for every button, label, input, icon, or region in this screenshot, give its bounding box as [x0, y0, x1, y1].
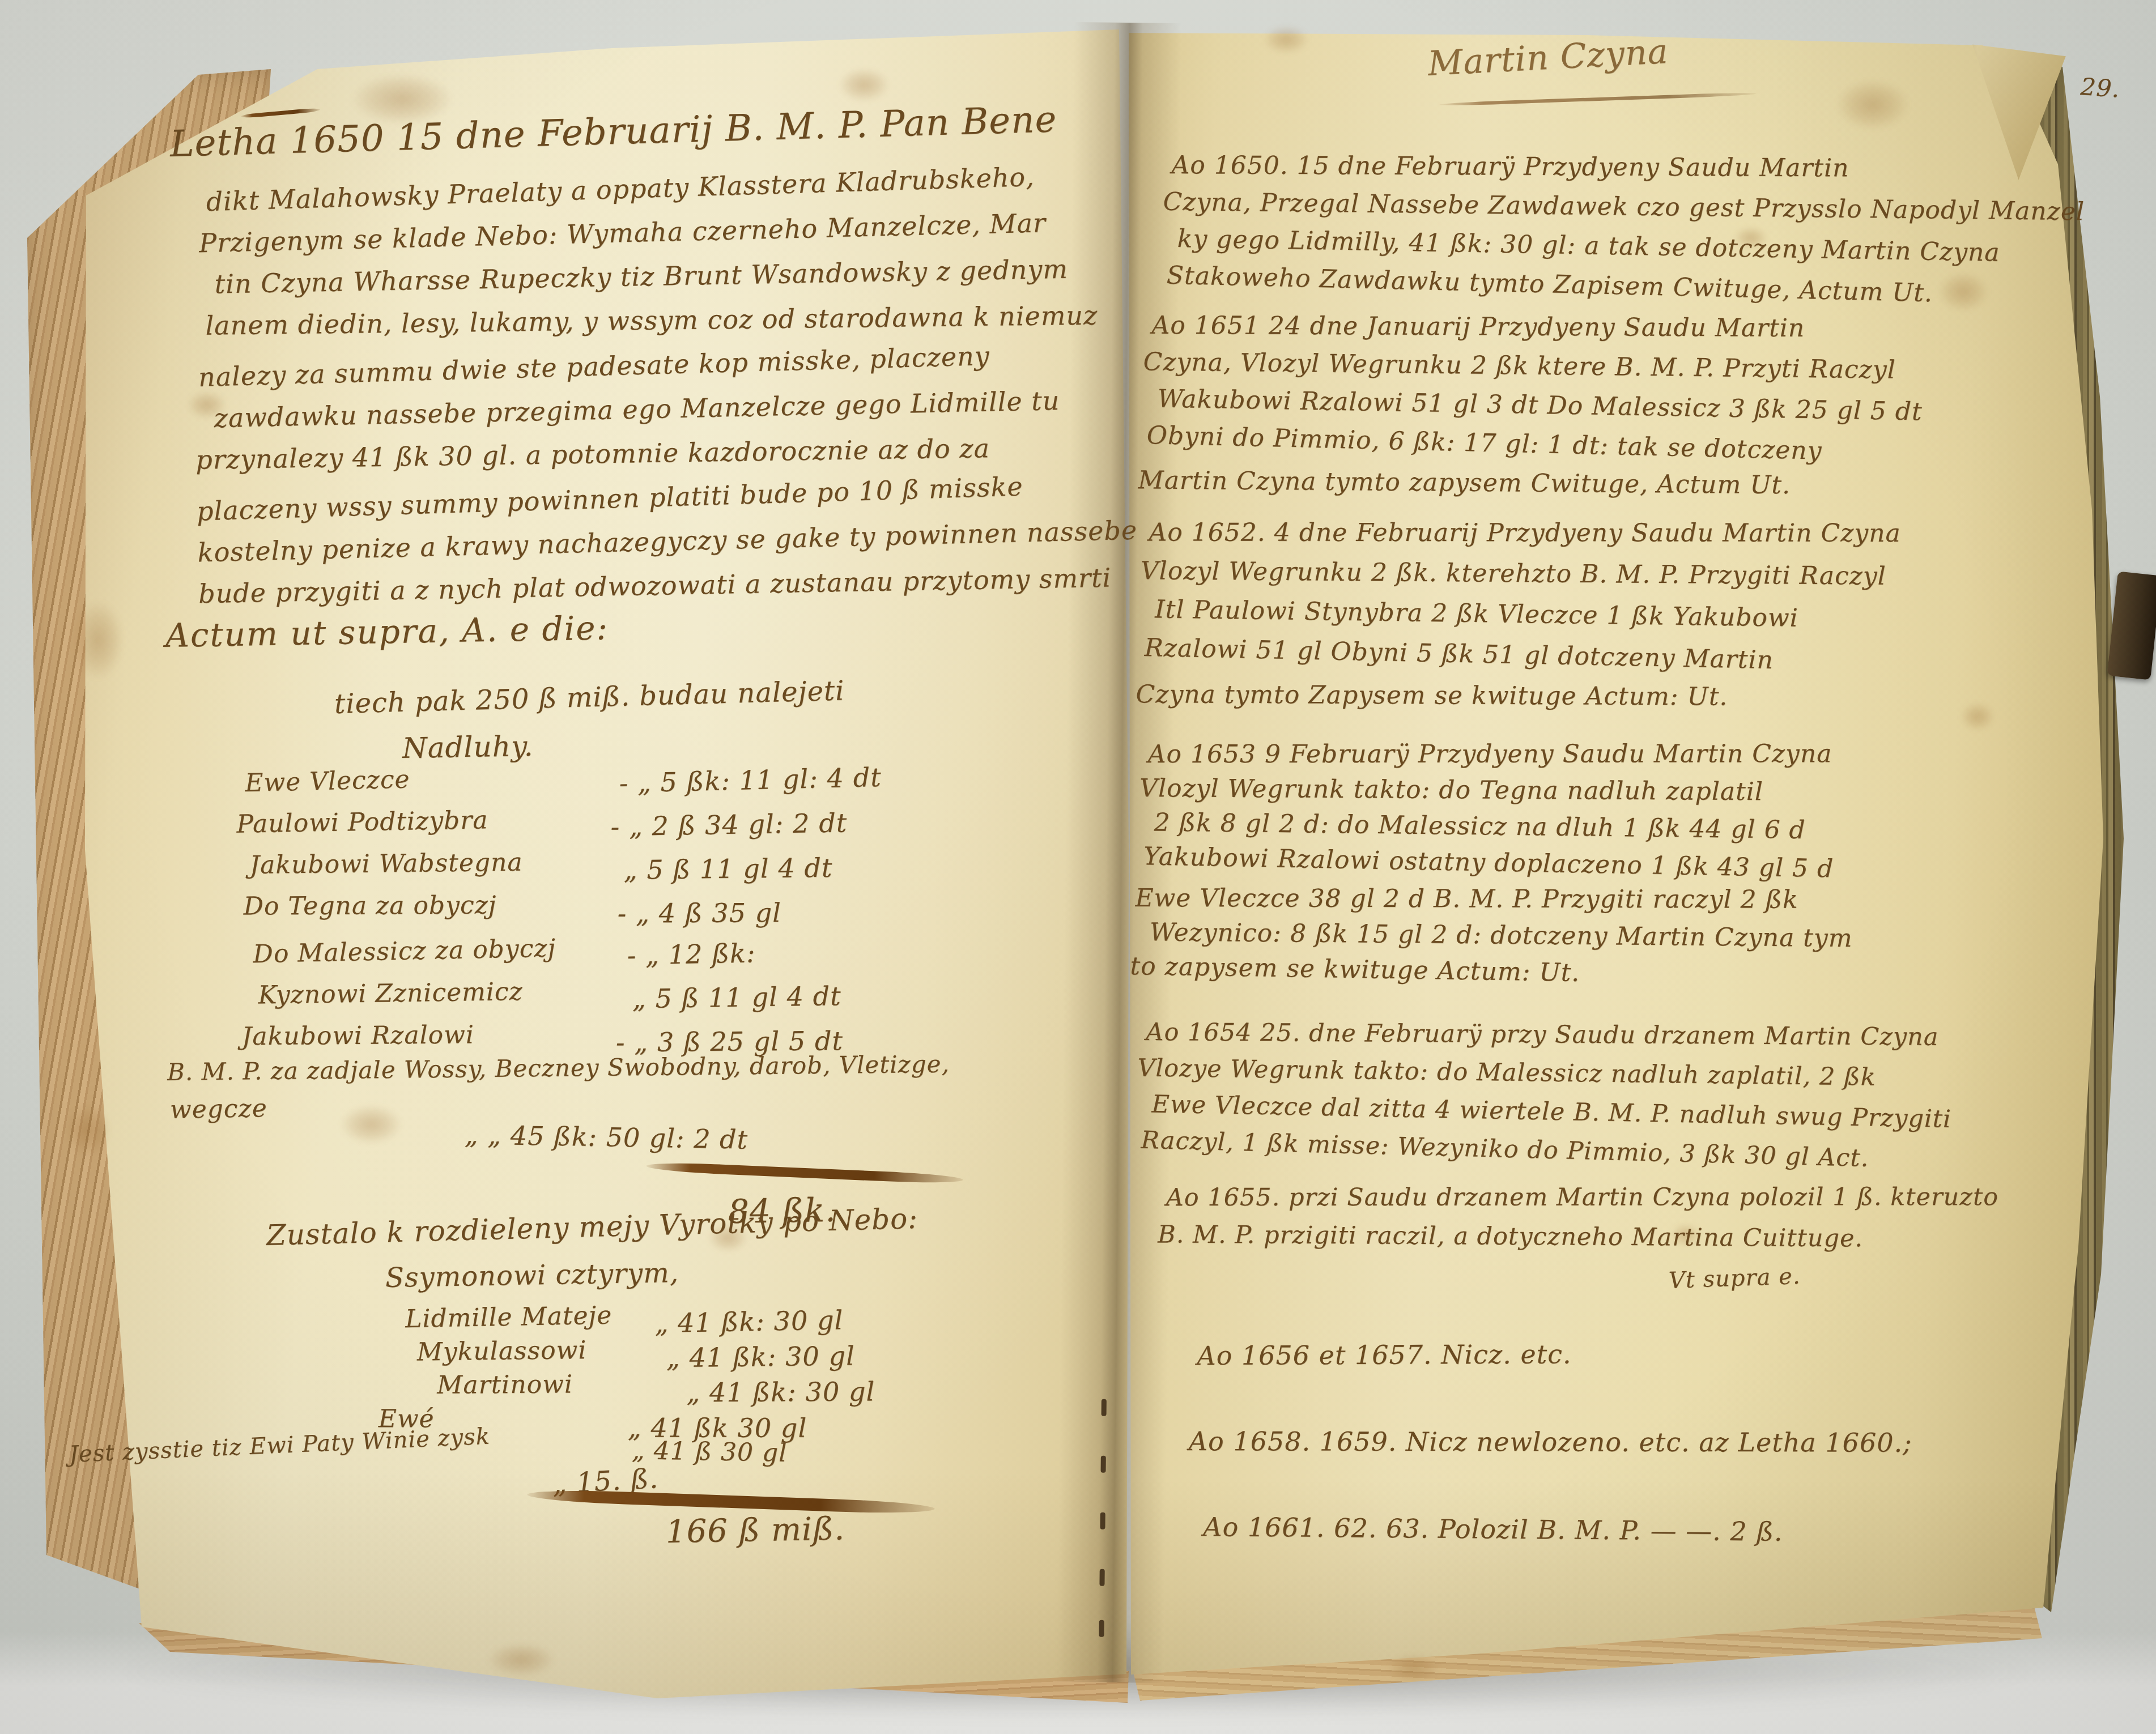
manuscript-line: Ao 1653 9 Februarÿ Przydyeny Saudu Marti…	[1148, 739, 1851, 776]
manuscript-line: Martin Czyna tymto zapysem Cwituge, Actu…	[1138, 466, 1903, 510]
left-paragraph: dikt Malahowsky Praelaty a oppaty Klasst…	[190, 163, 1139, 624]
manuscript-line: Ao 1661. 62. 63. Polozil B. M. P. — —. 2…	[1202, 1511, 1927, 1605]
photo-background: Letha 1650 15 dne Februarij B. M. P. Pan…	[0, 0, 2156, 1734]
ledger-row: Martinowi „ 41 ßk: 30 gl	[437, 1369, 875, 1405]
stain	[1388, 1654, 1439, 1682]
stain	[73, 600, 124, 680]
year-notes: Ao 1656 et 1657. Nicz. etc.Ao 1658. 1659…	[1180, 1337, 1905, 1604]
stitch-mark	[1099, 1569, 1104, 1586]
manuscript-line: Ao 1656 et 1657. Nicz. etc.	[1197, 1337, 1920, 1428]
stain	[839, 68, 890, 102]
entry-1651: Ao 1651 24 dne Januarij Przydyeny Saudu …	[1133, 307, 1901, 513]
debts-ledger: Ewe Vleczce - „ 5 ßk: 11 gl: 4 dt Paulow…	[238, 757, 879, 1067]
bmp-row-amount: „ „ 45 ßk: 50 gl: 2 dt	[465, 1119, 749, 1155]
stain	[1836, 79, 1910, 130]
heir-name: Martinowi	[437, 1369, 686, 1405]
ledger-row: Do Tegna za obyczj - „ 4 ß 35 gl	[243, 889, 880, 935]
ledger-row: Jakubowi Wabstegna „ 5 ß 11 gl 4 dt	[249, 844, 886, 894]
entry-1655: Ao 1655. przi Saudu drzanem Martin Czyna…	[1150, 1179, 1983, 1266]
manuscript-line: Vlozyl Wegrunk takto: do Tegna nadluh za…	[1139, 774, 1843, 814]
debt-name: Paulowi Podtizybra	[236, 804, 611, 853]
leather-clasp	[2107, 571, 2156, 680]
ledger-row: Kyznowi Zznicemicz „ 5 ß 11 gl 4 dt	[258, 972, 895, 1024]
debt-name: Jakubowi Wabstegna	[249, 847, 624, 894]
manuscript-line: Ewe Vleczce 38 gl 2 d B. M. P. Przygiti …	[1135, 884, 1838, 922]
manuscript-line: Ao 1651 24 dne Januarij Przydyeny Saudu …	[1151, 311, 1916, 353]
debt-name: Do Malessicz za obyczj	[253, 932, 627, 983]
grand-total: 166 ß miß.	[665, 1510, 845, 1550]
manuscript-line: Czyna tymto Zapysem se kwituge Actum: Ut…	[1136, 680, 1887, 724]
heir-name: Mykulassowi	[416, 1335, 666, 1372]
manuscript-line: B. M. P. przigiti raczil, a dotyczneho M…	[1158, 1220, 1991, 1264]
stain	[65, 1105, 110, 1156]
bmp-row-name: wegcze	[170, 1094, 268, 1124]
stitch-mark	[1102, 1399, 1107, 1416]
manuscript-line: Ao 1652. 4 dne Februarij Przydyeny Saudu…	[1149, 518, 1901, 560]
entry-1650: Ao 1650. 15 dne Februarÿ Przydyeny Saudu…	[1154, 146, 2077, 318]
ledger-row: Mykulassowi „ 41 ßk: 30 gl	[416, 1332, 855, 1372]
debt-list-subheader: Nadluhy.	[402, 730, 533, 765]
stain	[1264, 25, 1309, 54]
ledger-row: Lidmille Mateje „ 41 ßk: 30 gl	[405, 1297, 844, 1339]
stitch-mark	[1099, 1620, 1104, 1637]
margin-note-amount: „ 41 ß 30 gl	[632, 1436, 788, 1468]
debt-name: Kyznowi Zznicemicz	[258, 975, 632, 1024]
page-number: 29.	[2080, 73, 2121, 103]
stitch-mark	[1100, 1513, 1105, 1530]
entry-1653: Ao 1653 9 Februarÿ Przydyeny Saudu Marti…	[1130, 736, 1835, 996]
stain	[1961, 702, 1995, 731]
manuscript-line: Ao 1658. 1659. Nicz newlozeno. etc. az L…	[1189, 1426, 1912, 1515]
signoff: Vt supra e.	[1668, 1263, 1801, 1294]
debt-name: Do Tegna za obyczj	[243, 891, 617, 935]
heirs-ledger: Lidmille Mateje „ 41 ßk: 30 gl Mykulasso…	[374, 1299, 813, 1441]
stain	[340, 1105, 402, 1144]
entry-1652: Ao 1652. 4 dne Februarij Przydyeny Saudu…	[1131, 514, 1885, 726]
manuscript-line: Ao 1650. 15 dne Februarÿ Przydyeny Saudu…	[1171, 151, 2093, 194]
manuscript-line: Ao 1655. przi Saudu drzanem Martin Czyna…	[1166, 1183, 1999, 1223]
stitch-mark	[1101, 1456, 1106, 1473]
heir-name: Lidmille Mateje	[405, 1300, 655, 1339]
stain	[487, 1643, 555, 1677]
entry-1654: Ao 1654 25. dne Februarÿ przy Saudu drza…	[1128, 1014, 1930, 1181]
division-subheader: Ssymonowi cztyrym,	[385, 1257, 679, 1294]
actum-line: Actum ut supra, A. e die:	[165, 608, 609, 655]
